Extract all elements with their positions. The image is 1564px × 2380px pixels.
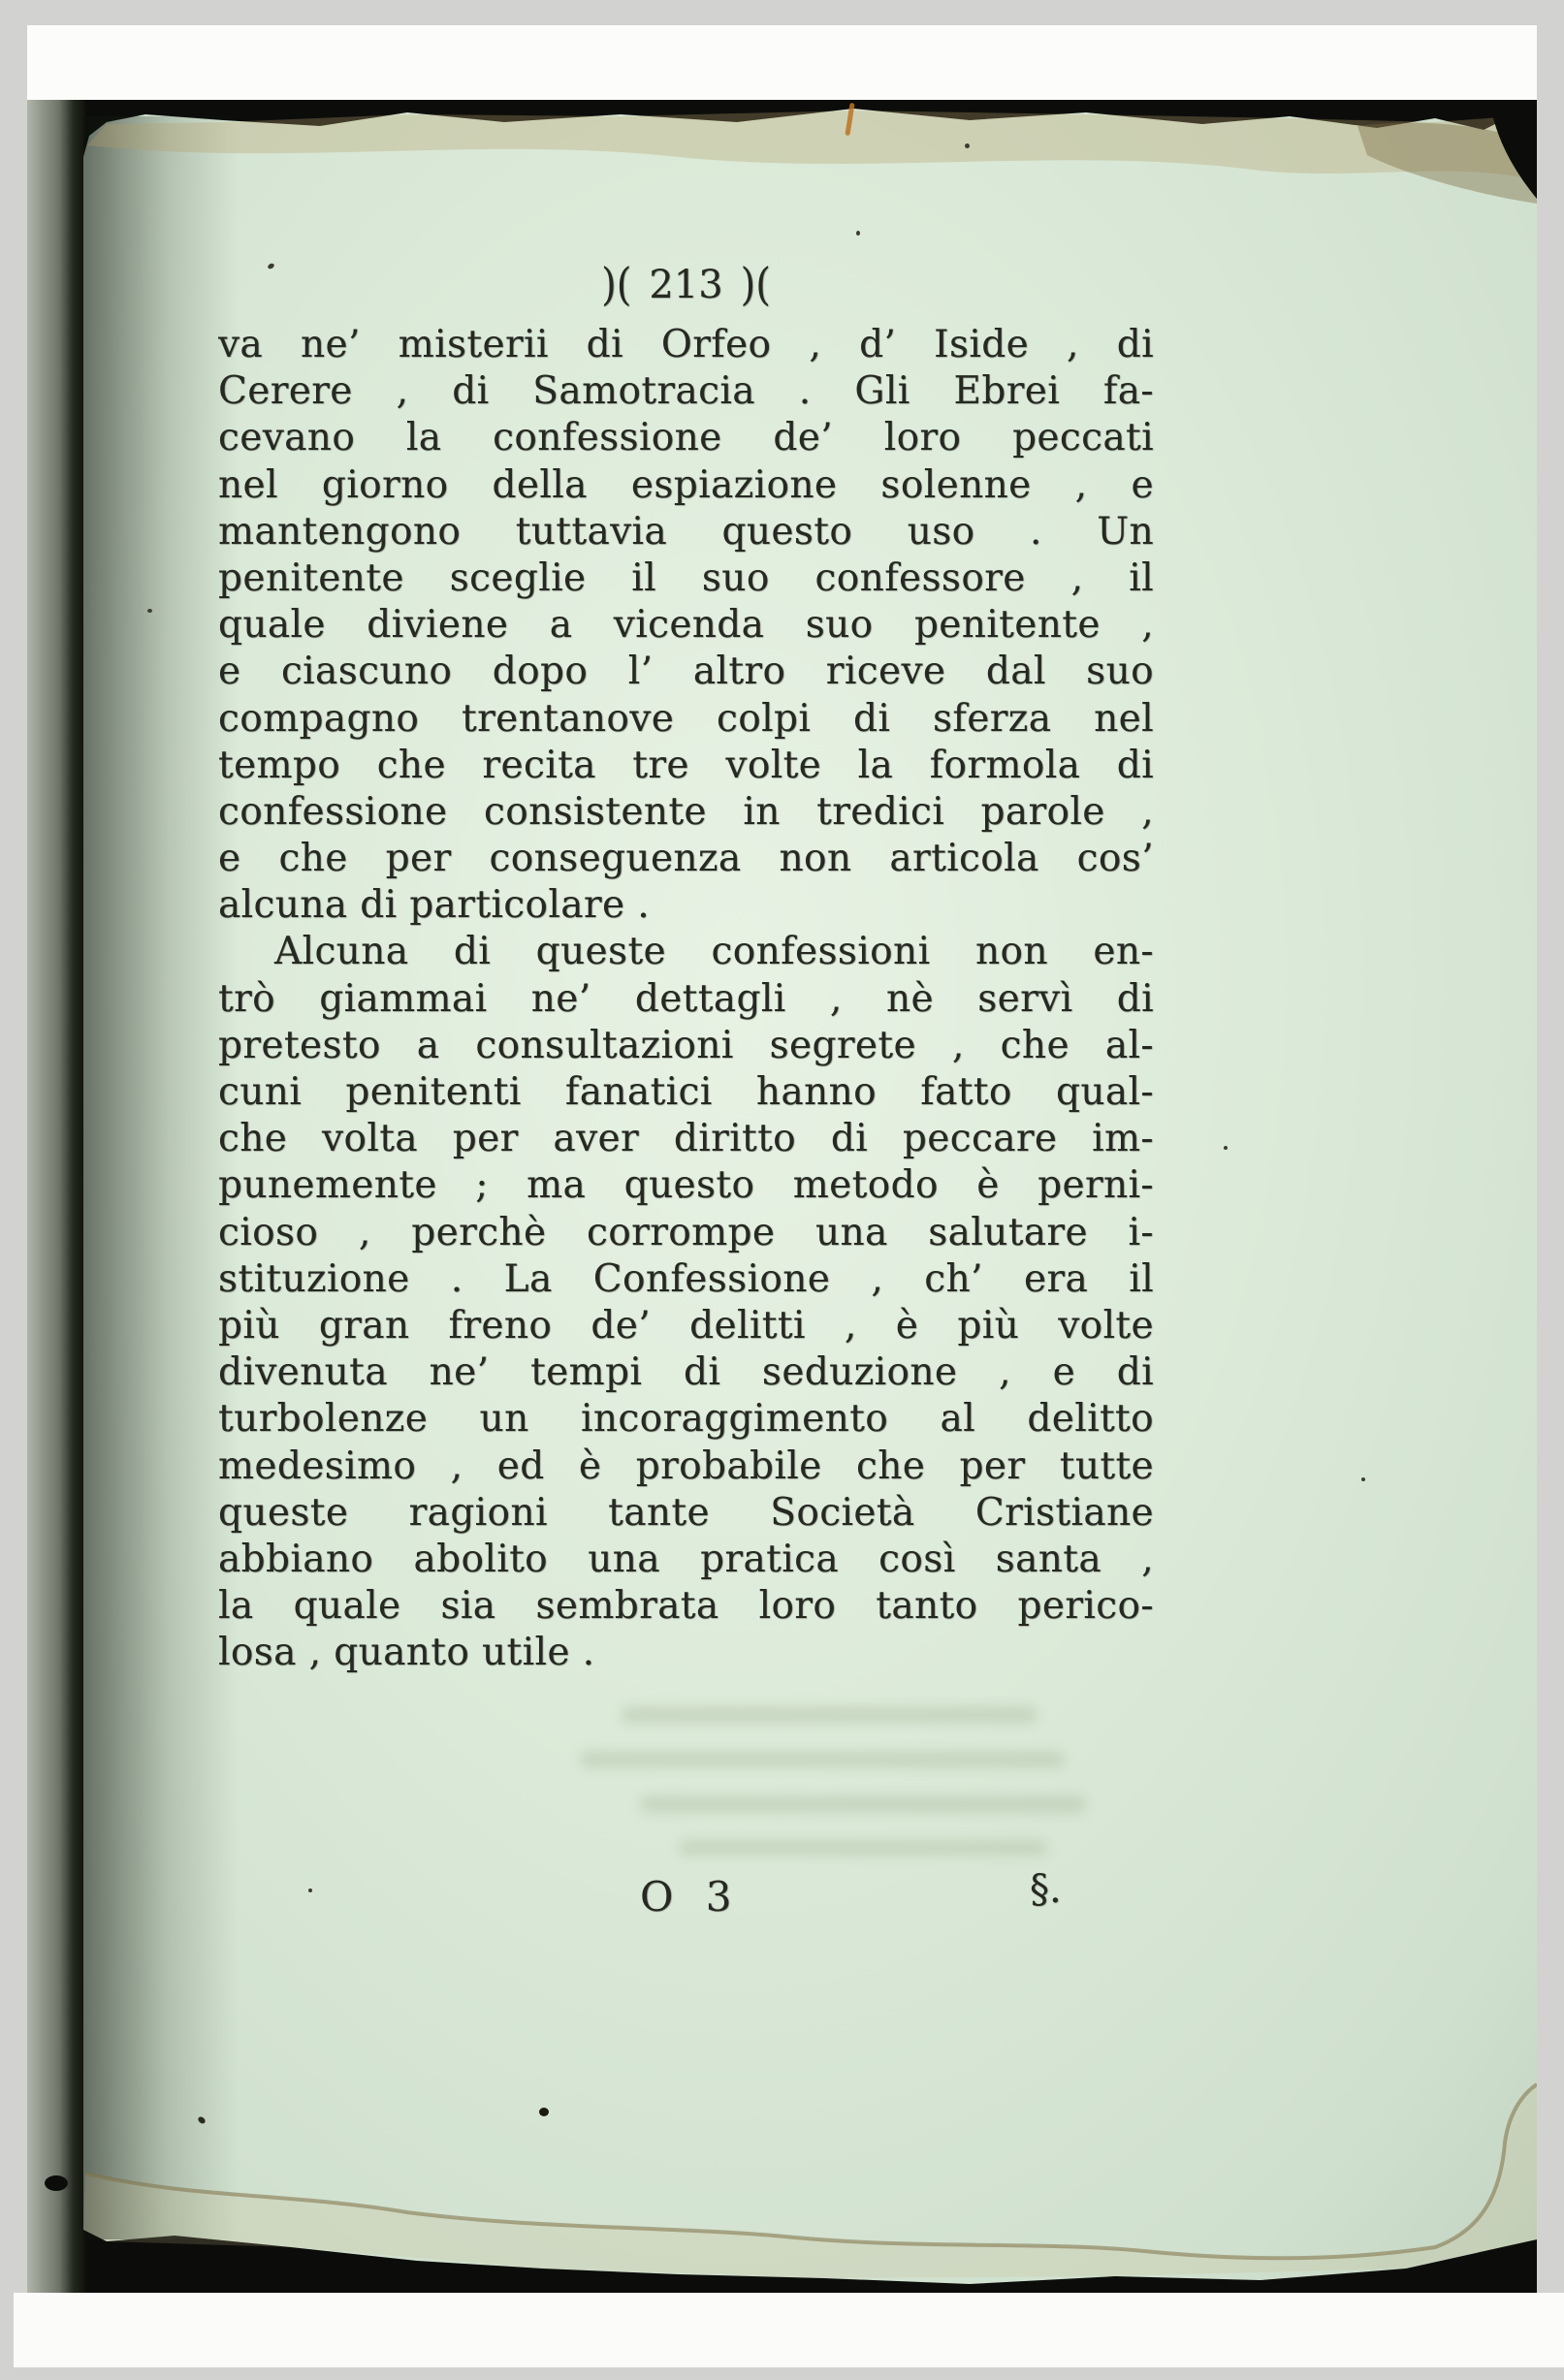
page-number: 213 bbox=[649, 266, 722, 304]
text-line: alcuna di particolare . bbox=[218, 882, 1154, 929]
text-line: Cerere , di Samotracia . Gli Ebrei fa- bbox=[218, 368, 1154, 415]
body-text: va ne’ misterii di Orfeo , d’ Iside , di… bbox=[218, 322, 1154, 1676]
catchword: §. bbox=[1030, 1867, 1062, 1912]
text-line: cuni penitenti fanatici hanno fatto qual… bbox=[218, 1069, 1154, 1116]
text-line: losa , quanto utile . bbox=[218, 1630, 1154, 1676]
text-line: la quale sia sembrata loro tanto perico- bbox=[218, 1583, 1154, 1630]
text-line: quale diviene a vicenda suo penitente , bbox=[218, 602, 1154, 649]
text-line: cevano la confessione de’ loro peccati bbox=[218, 415, 1154, 461]
text-line: mantengono tuttavia questo uso . Un bbox=[218, 509, 1154, 555]
text-line: divenuta ne’ tempi di seduzione , e di bbox=[218, 1349, 1154, 1396]
text-line: e ciascuno dopo l’ altro riceve dal suo bbox=[218, 649, 1154, 695]
header-ornament-right: )( bbox=[741, 263, 771, 307]
signature-mark: O 3 bbox=[640, 1873, 732, 1920]
text-line: tempo che recita tre volte la formola di bbox=[218, 743, 1154, 789]
text-line: che volta per aver diritto di peccare im… bbox=[218, 1116, 1154, 1162]
header-ornament-left: )( bbox=[601, 263, 631, 307]
book-scan-screenshot: { "page": { "header": { "left_ornament":… bbox=[0, 0, 1564, 2380]
text-line: Alcuna di queste confessioni non en- bbox=[218, 929, 1154, 975]
text-line: compagno trentanove colpi di sferza nel bbox=[218, 696, 1154, 743]
text-line: stituzione . La Confessione , ch’ era il bbox=[218, 1256, 1154, 1303]
text-line: medesimo , ed è probabile che per tutte bbox=[218, 1444, 1154, 1490]
text-line: va ne’ misterii di Orfeo , d’ Iside , di bbox=[218, 322, 1154, 368]
text-line: pretesto a consultazioni segrete , che a… bbox=[218, 1023, 1154, 1069]
text-line: e che per conseguenza non articola cos’ bbox=[218, 836, 1154, 882]
text-line: nel giorno della espiazione solenne , e bbox=[218, 462, 1154, 509]
page-header: )( 213 )( bbox=[218, 248, 1154, 304]
text-line: turbolenze un incoraggimento al delitto bbox=[218, 1396, 1154, 1443]
text-line: abbiano abolito una pratica così santa , bbox=[218, 1537, 1154, 1583]
printed-text-layer: )( 213 )( va ne’ misterii di Orfeo , d’ … bbox=[0, 0, 1564, 2380]
text-line: cioso , perchè corrompe una salutare i- bbox=[218, 1210, 1154, 1256]
text-line: confessione consistente in tredici parol… bbox=[218, 789, 1154, 836]
text-line: queste ragioni tante Società Cristiane bbox=[218, 1490, 1154, 1537]
text-line: punemente ; ma questo metodo è perni- bbox=[218, 1162, 1154, 1209]
text-line: più gran freno de’ delitti , è più volte bbox=[218, 1303, 1154, 1349]
text-line: penitente sceglie il suo confessore , il bbox=[218, 555, 1154, 602]
text-line: trò giammai ne’ dettagli , nè servì di bbox=[218, 976, 1154, 1023]
